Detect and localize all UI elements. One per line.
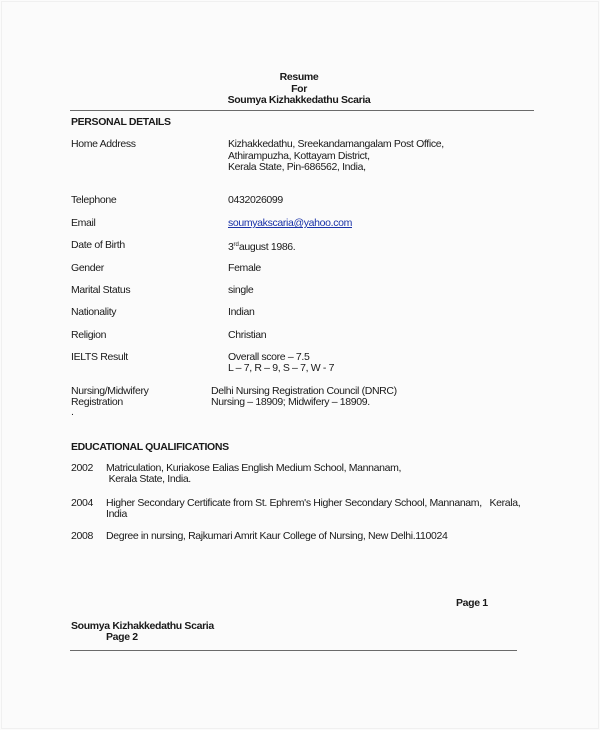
dob-rest: august 1986. — [239, 241, 296, 253]
edu-year-2008: 2008 — [71, 531, 93, 543]
marital-status-value: single — [228, 285, 253, 297]
edu-year-2004: 2004 — [71, 498, 93, 510]
email-link[interactable]: soumyakscaria@yahoo.com — [228, 217, 352, 229]
gender-label: Gender — [71, 263, 104, 275]
page-2-header-divider — [70, 650, 517, 651]
registration-label-line-2: Registration — [71, 397, 123, 409]
email-value[interactable]: soumyakscaria@yahoo.com — [228, 218, 352, 230]
resume-title: Resume — [200, 72, 398, 84]
dob-label: Date of Birth — [71, 240, 125, 252]
home-address-line-1: Kizhakkedathu, Sreekandamangalam Post Of… — [228, 139, 444, 151]
religion-value: Christian — [228, 330, 266, 342]
gender-value: Female — [228, 263, 261, 275]
dob-value: 3rdaugust 1986. — [228, 240, 295, 254]
section-heading-education: EDUCATIONAL QUALIFICATIONS — [71, 442, 229, 454]
edu-item-2004-line-2: India — [106, 509, 127, 521]
ielts-breakdown: L – 7, R – 9, S – 7, W - 7 — [228, 363, 334, 375]
home-address-label: Home Address — [71, 139, 136, 151]
edu-item-2004-line-1: Higher Secondary Certificate from St. Ep… — [106, 498, 520, 510]
edu-item-2008-line-1: Degree in nursing, Rajkumari Amrit Kaur … — [106, 531, 447, 543]
home-address-line-3: Kerala State, Pin-686562, India, — [228, 162, 366, 174]
telephone-label: Telephone — [71, 195, 116, 207]
edu-item-2002-line-2: Kerala State, India. — [106, 474, 191, 486]
header-name-page-2: Soumya Kizhakkedathu Scaria — [71, 621, 214, 633]
email-label: Email — [71, 218, 96, 230]
religion-label: Religion — [71, 330, 106, 342]
registration-trailing-mark: . — [71, 407, 74, 419]
nationality-value: Indian — [228, 307, 255, 319]
resume-title-name: Soumya Kizhakkedathu Scaria — [200, 95, 398, 107]
header-divider — [70, 110, 534, 111]
edu-year-2002: 2002 — [71, 463, 93, 475]
marital-status-label: Marital Status — [71, 285, 130, 297]
page-number-2: Page 2 — [106, 632, 138, 644]
telephone-value: 0432026099 — [228, 195, 283, 207]
section-heading-personal-details: PERSONAL DETAILS — [71, 117, 171, 129]
nationality-label: Nationality — [71, 307, 116, 319]
ielts-label: IELTS Result — [71, 352, 128, 364]
page-number-1: Page 1 — [456, 598, 488, 610]
registration-value-line-2: Nursing – 18909; Midwifery – 18909. — [211, 397, 370, 409]
